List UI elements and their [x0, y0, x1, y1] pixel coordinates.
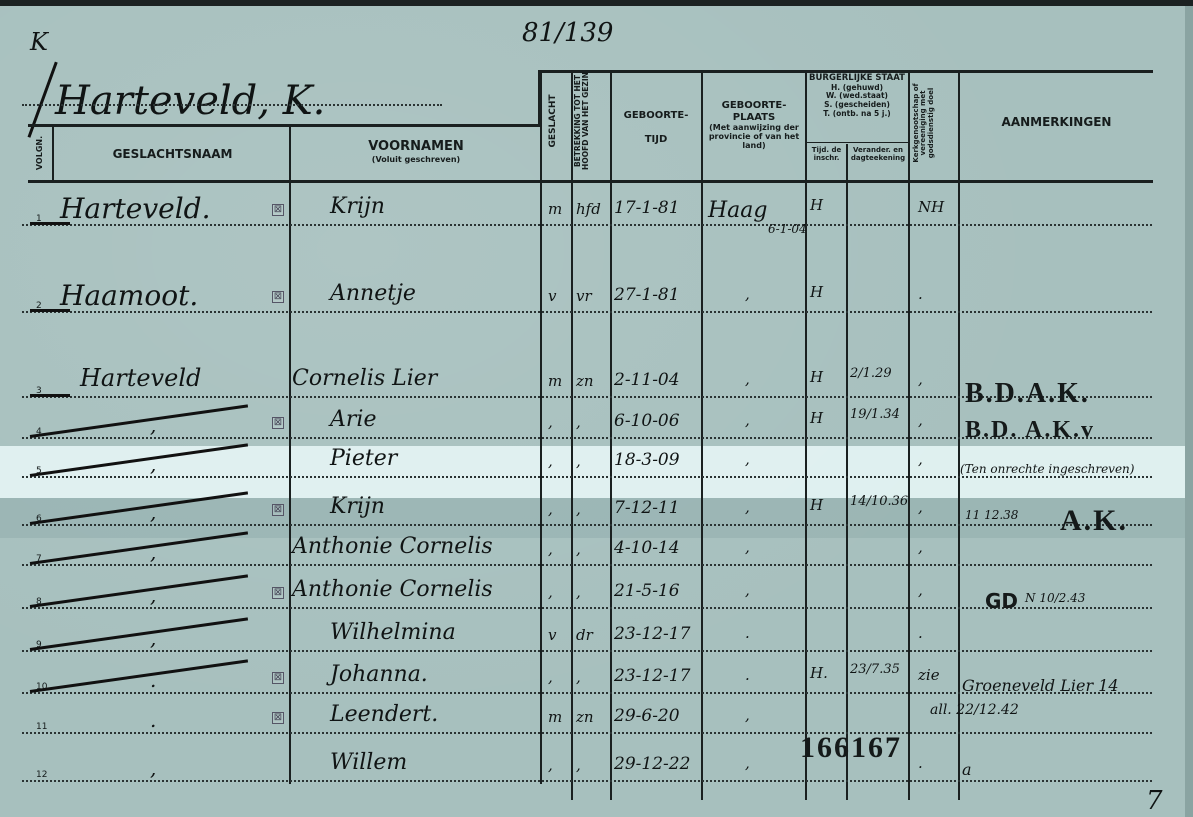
row-dotline	[22, 564, 1152, 566]
relation: ,	[576, 413, 581, 431]
bottom-right-mark: 7	[1146, 786, 1163, 816]
title-dotline	[22, 104, 442, 106]
civil-status-change: 14/10.36	[850, 494, 908, 509]
civil-status-date: 6-1-04	[768, 222, 807, 236]
sex: ,	[548, 500, 553, 518]
birth-date: 7-12-11	[614, 498, 680, 518]
header-betrekking: BETREKKING TOT HET HOOFD VAN HET GEZIN	[574, 68, 590, 174]
header-top-line-left	[28, 124, 540, 127]
stamped-serial-number: 166167	[800, 731, 902, 765]
sex: v	[548, 626, 556, 644]
relation: zn	[576, 708, 594, 726]
religion: ,	[918, 411, 923, 429]
birth-date: 18-3-09	[614, 450, 680, 470]
given-names: Arie	[330, 407, 376, 432]
remarks: A.K.	[1060, 504, 1128, 538]
relation: vr	[576, 287, 592, 305]
birth-date: 21-5-16	[614, 581, 680, 601]
checkbox-marked-icon[interactable]: ⊠	[272, 417, 284, 429]
birth-date: 17-1-81	[614, 198, 680, 218]
birth-place: ,	[745, 498, 750, 516]
birth-place: ,	[745, 754, 750, 772]
header-tijd-inschr: Tijd. de inschr.	[807, 146, 846, 162]
relation: ,	[576, 756, 581, 774]
remarks: a	[962, 760, 972, 779]
given-names: Pieter	[330, 446, 397, 471]
given-names: Leendert.	[330, 702, 438, 727]
civil-status: H	[810, 368, 823, 386]
reference-number: 81/139	[522, 18, 613, 48]
birth-date: 4-10-14	[614, 538, 680, 558]
sex: ,	[548, 540, 553, 558]
checkbox-marked-icon[interactable]: ⊠	[272, 712, 284, 724]
birth-date: 23-12-17	[614, 666, 690, 686]
checkbox-marked-icon[interactable]: ⊠	[272, 672, 284, 684]
surname: Harteveld	[80, 364, 201, 392]
religion: ,	[918, 538, 923, 556]
birth-date: 29-6-20	[614, 706, 680, 726]
sex: ,	[548, 668, 553, 686]
col-line-volgnr	[52, 126, 54, 182]
civil-status-change: 2/1.29	[850, 366, 892, 381]
given-names: Anthonie Cornelis	[292, 534, 493, 559]
religion: ,	[918, 450, 923, 468]
birth-place: ,	[745, 706, 750, 724]
civil-status-change: 19/1.34	[850, 407, 900, 422]
relation: zn	[576, 372, 594, 390]
row-dotline	[22, 607, 1152, 609]
row-dotline	[22, 780, 1152, 782]
col-line-geboorteplaats	[701, 70, 703, 800]
given-names: Anthonie Cornelis	[292, 577, 493, 602]
religion: ,	[918, 581, 923, 599]
sex: m	[548, 200, 562, 218]
checkbox-marked-icon[interactable]: ⊠	[272, 587, 284, 599]
col-line-verander	[846, 144, 848, 800]
strikethrough-line	[30, 659, 248, 693]
remarks-annotation: 11 12.38	[965, 508, 1018, 522]
remarks-annotation: N 10/2.43	[1025, 591, 1085, 605]
given-names: Willem	[330, 750, 407, 775]
col-line-geboortetijd	[610, 70, 612, 800]
strikethrough-line	[30, 222, 70, 225]
birth-date: 27-1-81	[614, 285, 680, 305]
header-volgnr: VOLGN.	[36, 128, 44, 178]
checkbox-marked-icon[interactable]: ⊠	[272, 291, 284, 303]
religion: .	[918, 754, 923, 772]
relation: ,	[576, 583, 581, 601]
remarks: B.D. A.K.v	[965, 417, 1095, 444]
relation: ,	[576, 452, 581, 470]
remarks: (Ten onrechte ingeschreven)	[960, 462, 1134, 476]
surname: Harteveld.	[60, 192, 211, 225]
religion: ,	[918, 370, 923, 388]
given-names: Cornelis Lier	[292, 366, 437, 391]
col-line-betrekking	[571, 70, 573, 800]
strikethrough-line	[30, 394, 70, 397]
birth-date: 6-10-06	[614, 411, 680, 431]
sex: v	[548, 287, 556, 305]
col-line-aanmerkingen	[958, 70, 960, 800]
strikethrough-line	[30, 574, 248, 608]
given-names: Annetje	[330, 281, 416, 306]
civil-status: H	[810, 409, 823, 427]
checkbox-marked-icon[interactable]: ⊠	[272, 204, 284, 216]
birth-place: ,	[745, 538, 750, 556]
col-line-burgerlijke-staat	[805, 70, 807, 800]
birth-place: ,	[745, 411, 750, 429]
bs-subline	[806, 142, 908, 143]
surname: Haamoot.	[60, 279, 198, 312]
religion: zie	[918, 666, 940, 684]
row-number: 12	[36, 770, 47, 780]
relation: ,	[576, 540, 581, 558]
given-names: Johanna.	[330, 662, 428, 687]
header-burgerlijke-staat: BURGERLIJKE STAAT H. (gehuwd) W. (wed.st…	[807, 74, 907, 118]
checkbox-marked-icon[interactable]: ⊠	[272, 504, 284, 516]
given-names: Krijn	[330, 194, 385, 219]
header-geboortetijd: GEBOORTE- TIJD	[612, 110, 700, 145]
birth-place: ,	[745, 370, 750, 388]
birth-place: ,	[745, 285, 750, 303]
birth-place: ,	[745, 450, 750, 468]
header-verander: Verander. en dagteekening	[848, 146, 908, 162]
family-title: Harteveld, K.	[55, 78, 325, 124]
religion: .	[918, 624, 923, 642]
row-dotline	[22, 476, 1152, 478]
header-aanmerkingen: AANMERKINGEN	[960, 116, 1153, 130]
col-line-kerkgenootschap	[908, 70, 910, 800]
strikethrough-line	[30, 309, 70, 312]
col-line-geslacht	[540, 70, 542, 784]
sex: m	[548, 372, 562, 390]
relation: hfd	[576, 200, 601, 218]
sex: m	[548, 708, 562, 726]
header-geslachtsnaam: GESLACHTSNAAM	[60, 148, 285, 162]
religion: ,	[918, 498, 923, 516]
row-dotline	[22, 524, 1152, 526]
header-geboorteplaats: GEBOORTE- PLAATS (Met aanwijzing der pro…	[704, 100, 804, 151]
sex: ,	[548, 756, 553, 774]
remarks: all. 22/12.42	[930, 702, 1019, 718]
header-kerkgenootschap: Kerkgenootschap of vereeniging met godsd…	[913, 70, 935, 176]
header-bottom-line	[28, 180, 1153, 183]
strikethrough-line	[30, 404, 248, 438]
header-voornamen: VOORNAMEN (Voluit geschreven)	[292, 140, 540, 164]
surname: .	[150, 708, 156, 732]
given-names: Krijn	[330, 494, 385, 519]
birth-place: .	[745, 666, 750, 684]
remarks: B.D.A.K.	[965, 378, 1090, 410]
civil-status-change: 23/7.35	[850, 662, 900, 677]
relation: ,	[576, 668, 581, 686]
civil-status: H	[810, 496, 823, 514]
relation: ,	[576, 500, 581, 518]
birth-date: 2-11-04	[614, 370, 680, 390]
religion: NH	[918, 198, 944, 216]
civil-status: H	[810, 283, 823, 301]
row-number: 11	[36, 722, 47, 732]
row-dotline	[22, 732, 1152, 734]
remarks: GD	[985, 589, 1018, 613]
sex: ,	[548, 452, 553, 470]
relation: dr	[576, 626, 593, 644]
birth-date: 29-12-22	[614, 754, 690, 774]
civil-status: H	[810, 196, 823, 214]
strikethrough-line	[30, 617, 248, 651]
corner-mark: K	[30, 28, 48, 56]
birth-place: .	[745, 624, 750, 642]
birth-place: Haag	[708, 198, 768, 223]
birth-place: ,	[745, 581, 750, 599]
given-names: Wilhelmina	[330, 620, 456, 645]
sex: ,	[548, 413, 553, 431]
religion: .	[918, 285, 923, 303]
surname: ,	[150, 756, 156, 780]
row-dotline	[22, 650, 1152, 652]
civil-status: H.	[810, 664, 828, 682]
header-geslacht: GESLACHT	[549, 76, 558, 166]
registration-card: K 81/139 Harteveld, K. VOLGN. GESLACHTSN…	[0, 0, 1193, 817]
birth-date: 23-12-17	[614, 624, 690, 644]
remarks: Groeneveld Lier 14	[962, 676, 1119, 695]
sex: ,	[548, 583, 553, 601]
